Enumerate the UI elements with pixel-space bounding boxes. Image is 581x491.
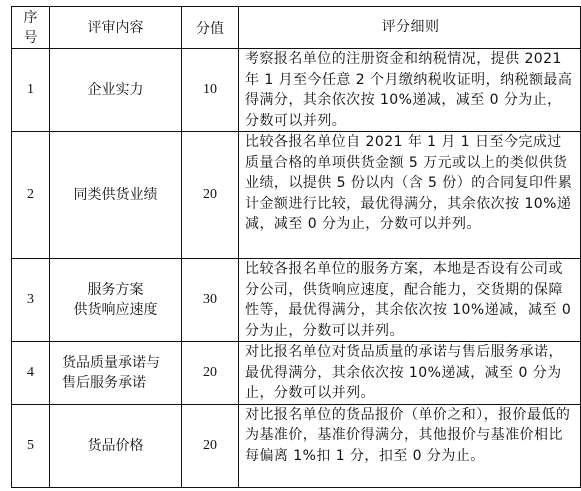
scoring-rule: 对比报名单位对货品质量的承诺与售后服务承诺，最优得满分，其余依次按 10%递减，… xyxy=(239,342,581,405)
header-score-value: 分值 xyxy=(182,7,239,49)
table-row: 2 同类供货业绩 20 比较各报名单位自 2021 年 1 月 1 日至今完成过… xyxy=(12,132,581,259)
scoring-rule: 考察报名单位的注册资金和纳税情况，提供 2021 年 1 月至今任意 2 个月缴… xyxy=(239,49,581,132)
scoring-criteria-table: 序号 评审内容 分值 评分细则 1 企业实力 10 考察报名单位的注册资金和纳税… xyxy=(11,6,581,488)
score-value: 30 xyxy=(182,259,239,342)
score-value: 20 xyxy=(182,132,239,259)
scoring-rule: 对比报名单位的货品报价（单价之和），报价最低的为基准价，基准价得满分，其他报价与… xyxy=(239,404,581,487)
row-number: 5 xyxy=(12,404,50,487)
review-item: 同类供货业绩 xyxy=(50,132,182,259)
review-item: 货品价格 xyxy=(50,404,182,487)
table-row: 1 企业实力 10 考察报名单位的注册资金和纳税情况，提供 2021 年 1 月… xyxy=(12,49,581,132)
header-serial-number: 序号 xyxy=(12,7,50,49)
score-value: 20 xyxy=(182,342,239,405)
scoring-rule: 比较各报名单位的服务方案，本地是否设有公司或分公司，供货响应速度，配合能力，交货… xyxy=(239,259,581,342)
review-item-line2: 售后服务承诺 xyxy=(62,373,181,393)
table-row: 3 服务方案 供货响应速度 30 比较各报名单位的服务方案，本地是否设有公司或分… xyxy=(12,259,581,342)
table-row: 5 货品价格 20 对比报名单位的货品报价（单价之和），报价最低的为基准价，基准… xyxy=(12,404,581,487)
review-item: 货品质量承诺与 售后服务承诺 xyxy=(50,342,182,405)
scoring-rule: 比较各报名单位自 2021 年 1 月 1 日至今完成过质量合格的单项供货金额 … xyxy=(239,132,581,259)
row-number: 4 xyxy=(12,342,50,405)
review-item: 企业实力 xyxy=(50,49,182,132)
header-scoring-rules: 评分细则 xyxy=(239,7,581,49)
score-value: 20 xyxy=(182,404,239,487)
score-value: 10 xyxy=(182,49,239,132)
row-number: 3 xyxy=(12,259,50,342)
review-item: 服务方案 供货响应速度 xyxy=(50,259,182,342)
review-item-line1: 服务方案 xyxy=(50,280,181,300)
row-number: 2 xyxy=(12,132,50,259)
review-item-line2: 供货响应速度 xyxy=(50,300,181,320)
table-row: 4 货品质量承诺与 售后服务承诺 20 对比报名单位对货品质量的承诺与售后服务承… xyxy=(12,342,581,405)
header-serial-number-label: 序号 xyxy=(23,8,39,48)
header-review-content: 评审内容 xyxy=(50,7,182,49)
row-number: 1 xyxy=(12,49,50,132)
review-item-line1: 货品质量承诺与 xyxy=(62,353,181,373)
table-header-row: 序号 评审内容 分值 评分细则 xyxy=(12,7,581,49)
